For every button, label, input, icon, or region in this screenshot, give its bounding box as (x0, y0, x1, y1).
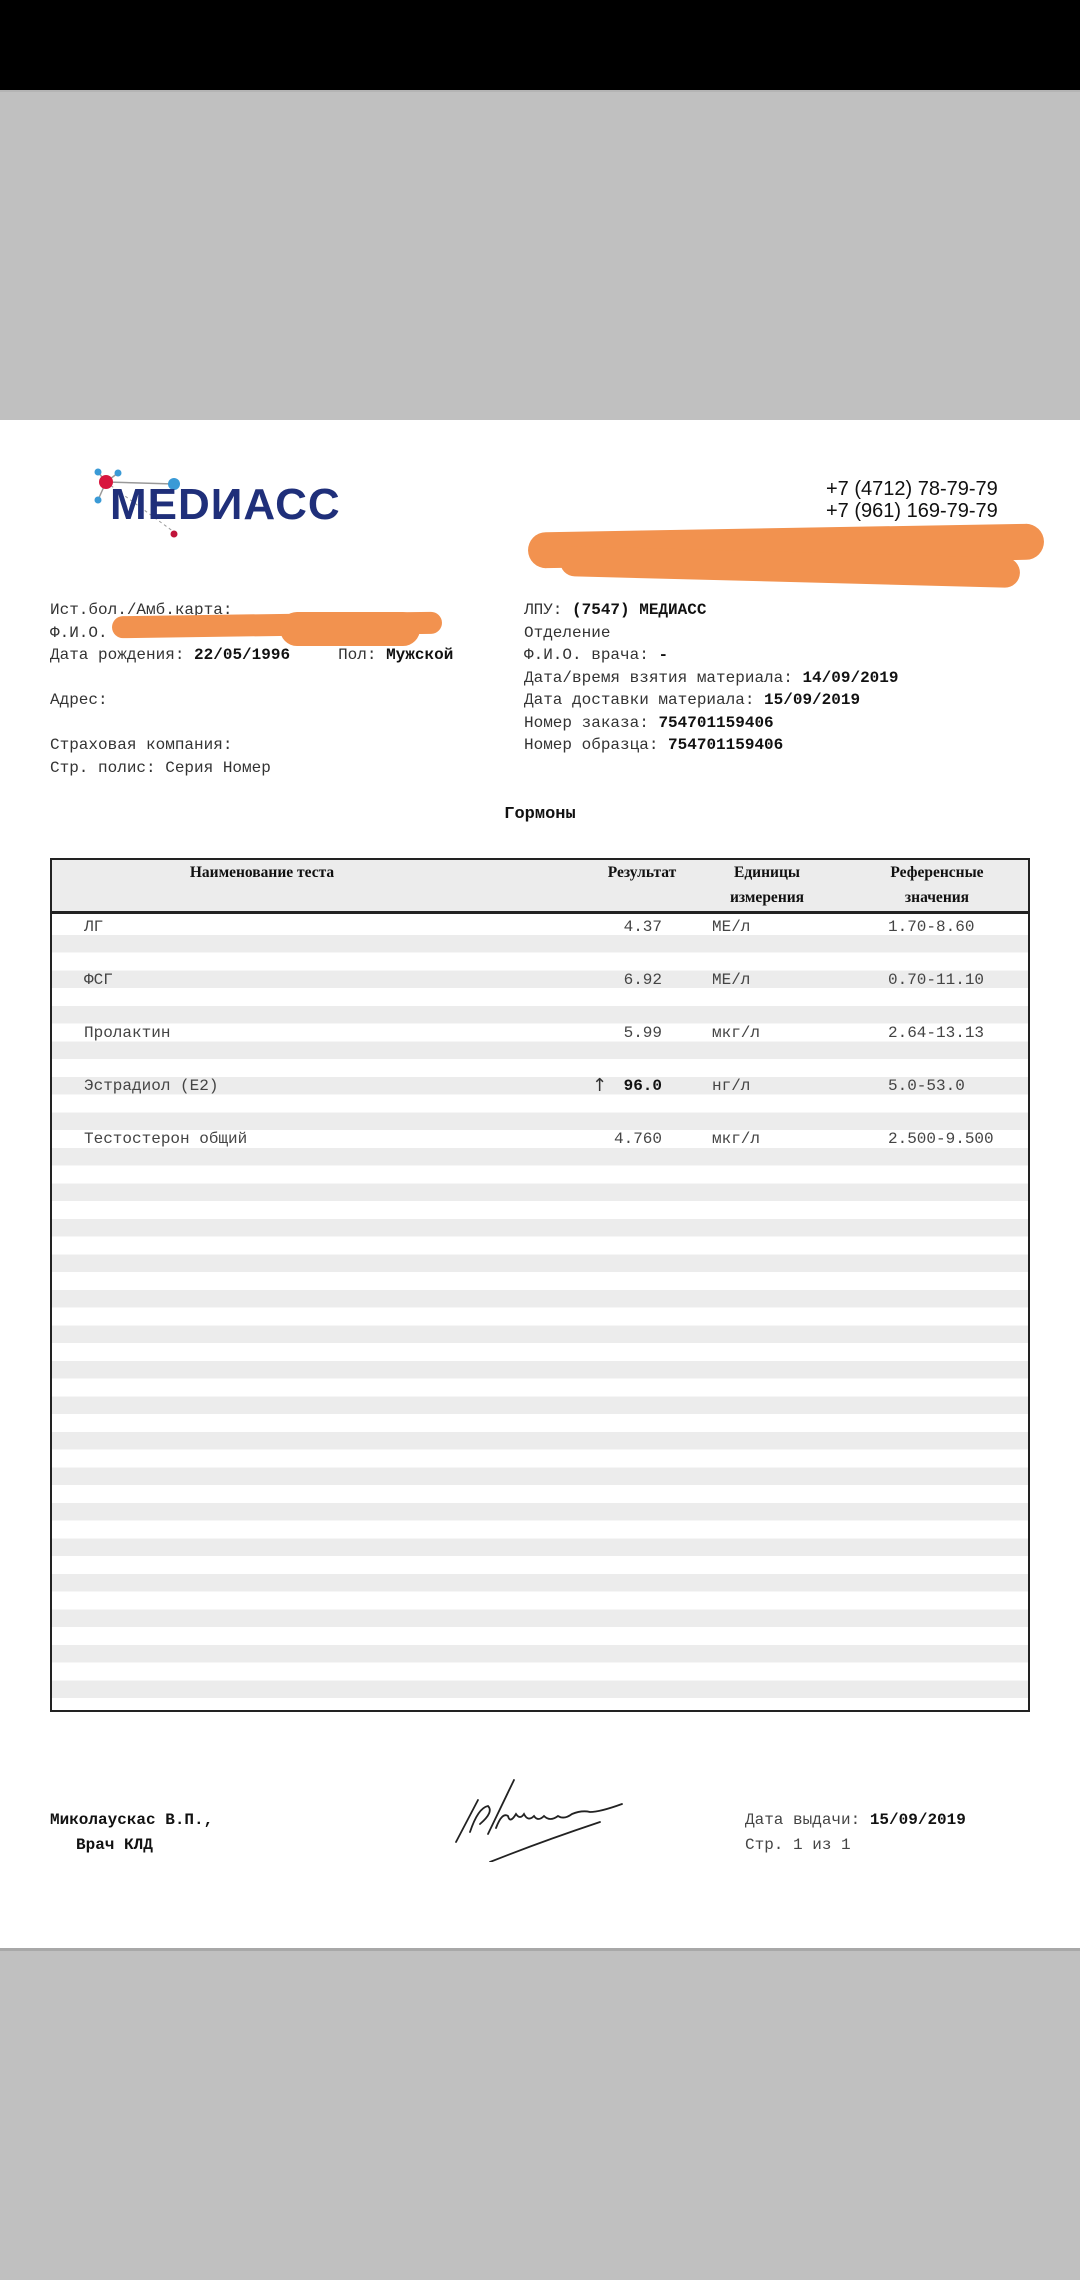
test-reference-range: 5.0-53.0 (888, 1076, 965, 1096)
header-result: Результат (572, 860, 712, 885)
header-units-1: Единицы (702, 860, 832, 885)
header-ref-2: значения (862, 885, 1012, 910)
doctor-name: Миколаускас В.П., (50, 1808, 213, 1833)
table-row: ФСГ6.92МЕ/л0.70-11.10 (52, 970, 1028, 990)
header-test-name: Наименование теста (112, 860, 412, 885)
table-row: Пролактин5.99мкг/л2.64-13.13 (52, 1023, 1028, 1043)
test-unit: нг/л (712, 1076, 750, 1096)
mediass-logo: MEDИАСС (90, 462, 360, 542)
viewer-background (0, 90, 1080, 420)
test-result: 4.760 (614, 1129, 662, 1149)
doctor-signature-block: Миколаускас В.П., Врач КЛД (50, 1808, 213, 1858)
issue-date: 15/09/2019 (870, 1811, 966, 1829)
policy-line: Стр. полис: Серия Номер (50, 757, 453, 780)
doctor-line: Ф.И.О. врача: - (524, 644, 898, 667)
page-info: Стр. 1 из 1 (745, 1833, 966, 1858)
lpu-line: ЛПУ: (7547) МЕДИАСС (524, 599, 898, 622)
results-table: Наименование теста Результат Единицы изм… (50, 858, 1030, 1712)
doctor-title: Врач КЛД (50, 1833, 213, 1858)
test-name: Пролактин (84, 1023, 170, 1043)
birth-line: Дата рождения: 22/05/1996 Пол: Мужской (50, 644, 453, 667)
test-name: ЛГ (84, 917, 103, 937)
test-reference-range: 1.70-8.60 (888, 917, 974, 937)
test-reference-range: 0.70-11.10 (888, 970, 984, 990)
table-row: ЛГ4.37МЕ/л1.70-8.60 (52, 917, 1028, 937)
delivered-line: Дата доставки материала: 15/09/2019 (524, 689, 898, 712)
test-reference-range: 2.500-9.500 (888, 1129, 994, 1149)
test-unit: МЕ/л (712, 917, 750, 937)
signature-icon (450, 1772, 630, 1862)
address-line: Адрес: (50, 689, 453, 712)
order-number-line: Номер заказа: 754701159406 (524, 712, 898, 735)
test-name: Эстрадиол (Е2) (84, 1076, 218, 1096)
test-unit: мкг/л (712, 1023, 760, 1043)
department-line: Отделение (524, 622, 898, 645)
issue-info: Дата выдачи: 15/09/2019 Стр. 1 из 1 (745, 1808, 966, 1858)
header-ref-1: Референсные (862, 860, 1012, 885)
test-name: Тестостерон общий (84, 1129, 247, 1149)
section-title: Гормоны (0, 805, 1080, 824)
table-row: Эстрадиол (Е2)↑96.0нг/л5.0-53.0 (52, 1076, 1028, 1096)
viewer-background-bottom (0, 1948, 1080, 2280)
status-bar (0, 0, 1080, 90)
sex-value: Мужской (386, 646, 453, 664)
test-reference-range: 2.64-13.13 (888, 1023, 984, 1043)
high-flag-icon: ↑ (592, 1076, 607, 1096)
test-name: ФСГ (84, 970, 113, 990)
birth-date: 22/05/1996 (194, 646, 290, 664)
test-unit: мкг/л (712, 1129, 760, 1149)
logo-text: MEDИАСС (110, 480, 341, 530)
table-header: Наименование теста Результат Единицы изм… (52, 860, 1028, 914)
test-unit: МЕ/л (712, 970, 750, 990)
test-result: 96.0 (624, 1076, 662, 1096)
collected-line: Дата/время взятия материала: 14/09/2019 (524, 667, 898, 690)
test-result: 4.37 (624, 917, 662, 937)
sample-number-line: Номер образца: 754701159406 (524, 734, 898, 757)
name-redaction-2 (280, 612, 420, 646)
phone-1: +7 (4712) 78-79-79 (826, 478, 998, 500)
order-info: ЛПУ: (7547) МЕДИАСС Отделение Ф.И.О. вра… (524, 599, 898, 757)
test-result: 5.99 (624, 1023, 662, 1043)
contacts: +7 (4712) 78-79-79 +7 (961) 169-79-79 (826, 478, 998, 522)
header-units-2: измерения (702, 885, 832, 910)
test-result: 6.92 (624, 970, 662, 990)
issue-date-line: Дата выдачи: 15/09/2019 (745, 1808, 966, 1833)
table-row: Тестостерон общий4.760мкг/л2.500-9.500 (52, 1129, 1028, 1149)
phone-2: +7 (961) 169-79-79 (826, 500, 998, 522)
insurance-line: Страховая компания: (50, 734, 453, 757)
